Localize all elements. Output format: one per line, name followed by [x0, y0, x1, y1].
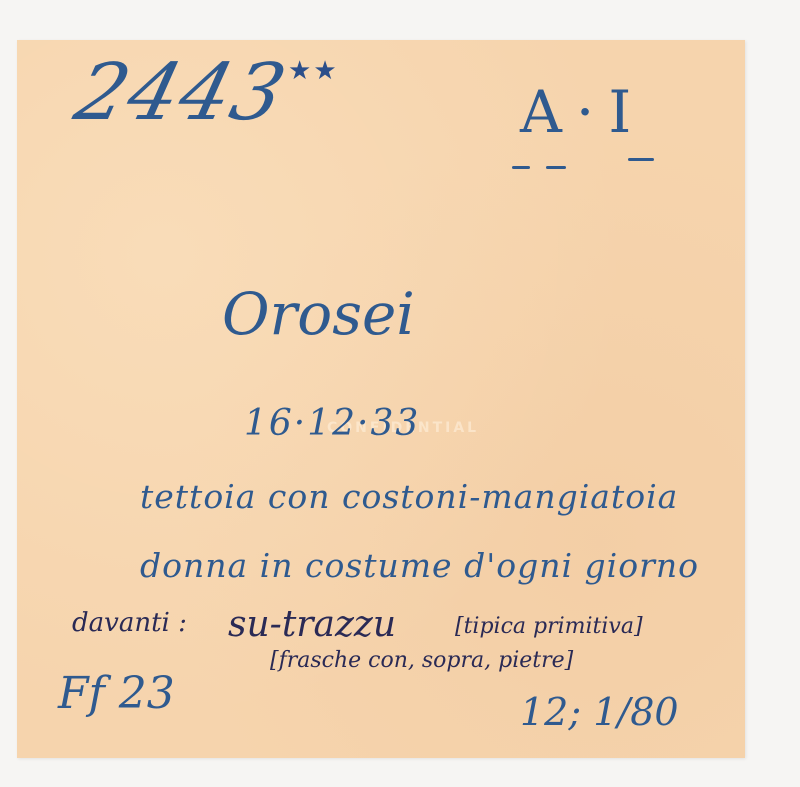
classification: A·I: [520, 78, 645, 146]
underline: [546, 166, 566, 169]
star-icon: ★: [313, 56, 338, 86]
catalog-number: 2443: [67, 48, 296, 138]
materials-note: [frasche con, sopra, pietre]: [270, 648, 573, 673]
front-value: su-trazzu: [228, 604, 396, 645]
star-icon: ★: [288, 56, 313, 86]
underline: [628, 158, 654, 161]
front-note: [tipica primitiva]: [455, 614, 643, 639]
place-name: Orosei: [222, 280, 415, 348]
exposure-data: 12; 1/80: [520, 690, 679, 734]
catalog-stars: ★★: [288, 56, 339, 86]
date: 16·12·33: [244, 403, 420, 444]
description-line-1: tettoia con costoni-mangiatoia: [140, 477, 678, 516]
film-reference: Ff 23: [58, 668, 175, 719]
underline: [512, 166, 530, 169]
description-line-2: donna in costume d'ogni giorno: [140, 546, 699, 585]
front-label: davanti :: [72, 608, 187, 638]
